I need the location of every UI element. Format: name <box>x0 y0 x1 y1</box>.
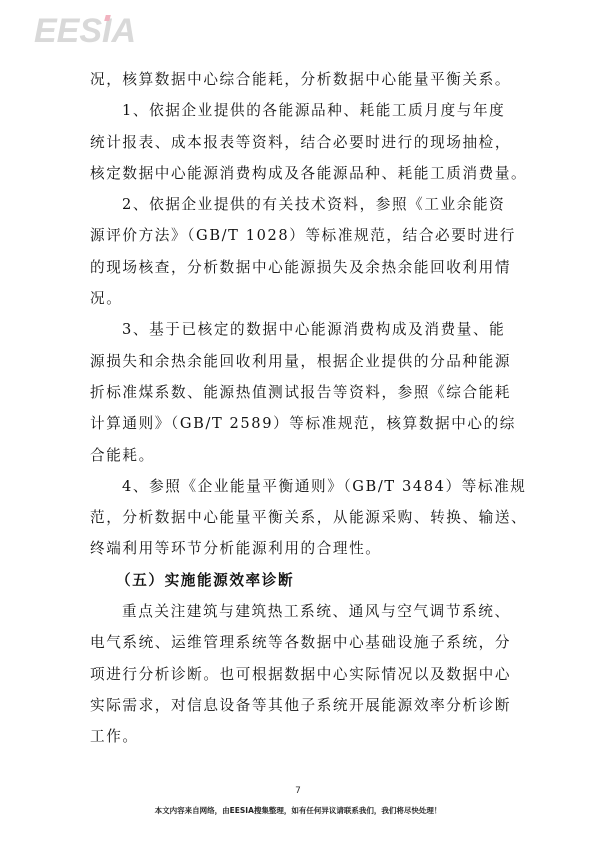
paragraph-line: 电气系统、运维管理系统等各数据中心基础设施子系统，分 <box>90 627 510 658</box>
footer-notice: 本文内容来自网络，由EESIA搜集整理，如有任何异议请联系我们，我们将尽快处理！ <box>0 805 596 816</box>
paragraph-line: 统计报表、成本报表等资料，结合必要时进行的现场抽检， <box>90 127 510 158</box>
paragraph-line: 核定数据中心能源消费构成及各能源品种、耗能工质消费量。 <box>90 158 510 189</box>
paragraph-line: 况，核算数据中心综合能耗，分析数据中心能量平衡关系。 <box>90 64 510 95</box>
paragraph-line: 源损失和余热余能回收利用量，根据企业提供的分品种能源 <box>90 346 510 377</box>
logo-text: EESIA <box>34 12 136 50</box>
paragraph-line: 源评价方法》（GB/T 1028）等标准规范，结合必要时进行 <box>90 220 510 251</box>
paragraph-line: 工作。 <box>90 721 510 752</box>
paragraph-line: 重点关注建筑与建筑热工系统、通风与空气调节系统、 <box>90 596 510 627</box>
paragraph-line: 终端利用等环节分析能源利用的合理性。 <box>90 533 510 564</box>
paragraph-line: 项进行分析诊断。也可根据数据中心实际情况以及数据中心 <box>90 659 510 690</box>
section-heading: （五）实施能源效率诊断 <box>90 565 510 596</box>
paragraph-line: 况。 <box>90 283 510 314</box>
paragraph-line: 2、依据企业提供的有关技术资料，参照《工业余能资 <box>90 189 510 220</box>
paragraph-line: 4、参照《企业能量平衡通则》（GB/T 3484）等标准规 <box>90 471 510 502</box>
paragraph-line: 计算通则》（GB/T 2589）等标准规范，核算数据中心的综 <box>90 408 510 439</box>
paragraph-line: 实际需求，对信息设备等其他子系统开展能源效率分析诊断 <box>90 690 510 721</box>
paragraph-line: 合能耗。 <box>90 440 510 471</box>
paragraph-line: 的现场核查，分析数据中心能源损失及余热余能回收利用情 <box>90 252 510 283</box>
paragraph-line: 3、基于已核定的数据中心能源消费构成及消费量、能 <box>90 314 510 345</box>
page-number: 7 <box>0 786 596 796</box>
paragraph-line: 折标准煤系数、能源热值测试报告等资料，参照《综合能耗 <box>90 377 510 408</box>
paragraph-line: 1、依据企业提供的各能源品种、耗能工质月度与年度 <box>90 95 510 126</box>
document-body: 况，核算数据中心综合能耗，分析数据中心能量平衡关系。 1、依据企业提供的各能源品… <box>90 64 510 753</box>
eesia-logo: EESIA <box>34 12 136 51</box>
paragraph-line: 范，分析数据中心能量平衡关系，从能源采购、转换、输送、 <box>90 502 510 533</box>
